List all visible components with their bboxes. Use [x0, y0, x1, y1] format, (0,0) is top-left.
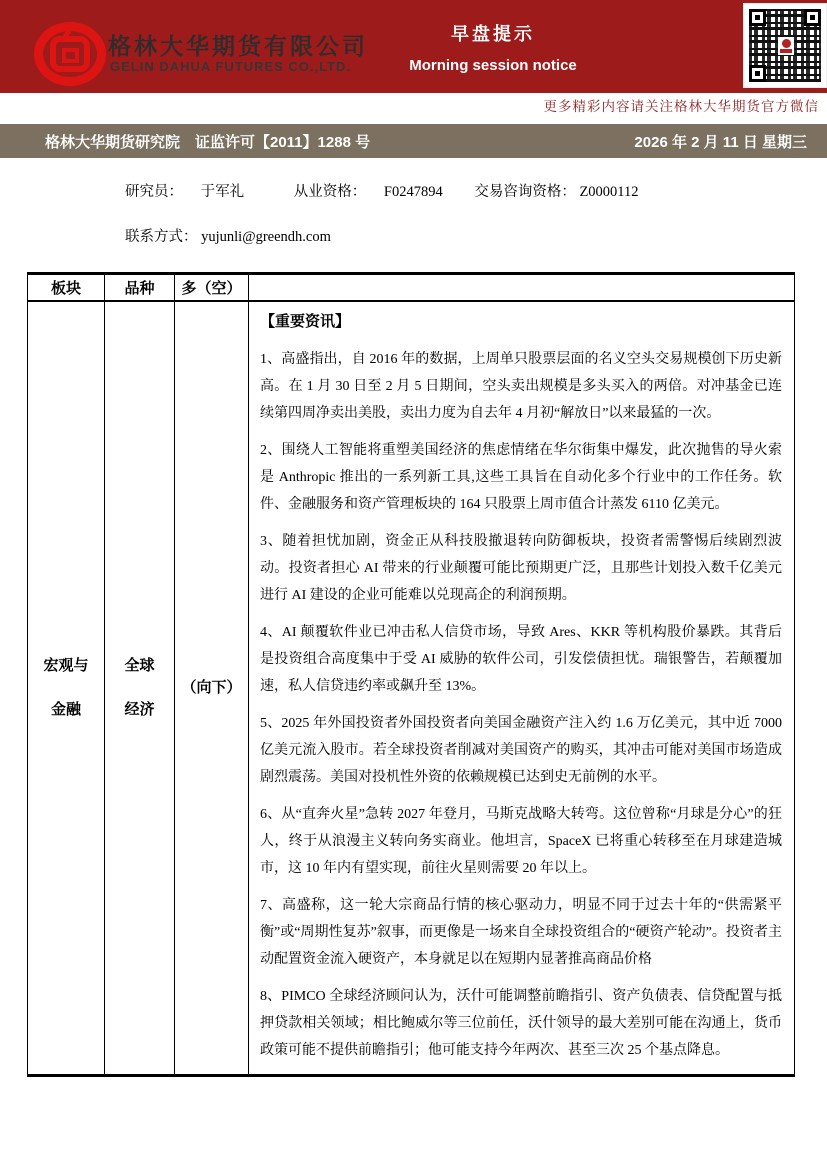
researcher-role-label: 研究员：	[125, 184, 183, 200]
qr-center-logo-icon	[778, 37, 794, 55]
news-paragraph-2: 2、围绕人工智能将重塑美国经济的焦虑情绪在华尔街集中爆发，此次抛售的导火索是 A…	[260, 437, 782, 518]
variety-text-line1: 全球	[124, 644, 154, 688]
qualification-label: 从业资格：	[294, 184, 367, 200]
direction-text: （向下）	[181, 666, 241, 710]
news-paragraph-8: 8、PIMCO 全球经济顾问认为，沃什可能调整前瞻指引、资产负债表、信贷配置与抵…	[260, 983, 782, 1064]
company-logo-icon	[32, 20, 108, 88]
notice-title-en: Morning session notice	[378, 57, 608, 74]
morning-notice-page: { "header": { "company_cn": "格林大华期货有限公司"…	[0, 0, 827, 1169]
sector-text-line2: 金融	[51, 688, 81, 732]
qualification-number: F0247894	[384, 184, 443, 200]
news-paragraph-4: 4、AI 颠覆软件业已冲击私人信贷市场，导致 Ares、KKR 等机构股价暴跌。…	[260, 619, 782, 700]
header-variety: 品种	[105, 275, 175, 300]
notice-table: 板块 品种 多（空） 宏观与 金融 全球 经济 （向下） 【重要资讯】 1、高盛…	[27, 272, 795, 1077]
contact-email: yujunli@greendh.com	[201, 229, 331, 245]
contact-label: 联系方式：	[125, 229, 198, 245]
wechat-qr-code	[743, 3, 827, 88]
news-paragraph-6: 6、从“直奔火星”急转 2027 年登月，马斯克战略大转弯。这位曾称“月球是分心…	[260, 801, 782, 882]
company-name-en: GELIN DAHUA FUTURES CO.,LTD.	[110, 59, 351, 74]
content-cell: 【重要资讯】 1、高盛指出，自 2016 年的数据，上周单只股票层面的名义空头交…	[249, 302, 794, 1074]
advisory-number: Z0000112	[579, 184, 638, 200]
news-paragraph-5: 5、2025 年外国投资者外国投资者向美国金融资产注入约 1.6 万亿美元，其中…	[260, 710, 782, 791]
variety-text-line2: 经济	[124, 688, 154, 732]
section-title: 【重要资讯】	[260, 309, 782, 336]
qr-finder-icon	[749, 9, 766, 26]
contact-info-line: 联系方式： yujunli@greendh.com	[125, 225, 331, 246]
direction-cell: （向下）	[175, 302, 249, 1074]
sector-cell: 宏观与 金融	[28, 302, 105, 1074]
news-paragraph-7: 7、高盛称，这一轮大宗商品行情的核心驱动力，明显不同于过去十年的“供需紧平衡”或…	[260, 892, 782, 973]
advisory-label: 交易咨询资格：	[474, 184, 576, 200]
header-banner: 格林大华期货有限公司 GELIN DAHUA FUTURES CO.,LTD. …	[0, 0, 827, 93]
news-paragraph-3: 3、随着担忧加剧，资金正从科技股撤退转向防御板块，投资者需警惕后续剧烈波动。投资…	[260, 528, 782, 609]
wechat-follow-note: 更多精彩内容请关注格林大华期货官方微信	[544, 95, 820, 115]
qr-finder-icon	[804, 9, 821, 26]
table-row: 宏观与 金融 全球 经济 （向下） 【重要资讯】 1、高盛指出，自 2016 年…	[28, 302, 794, 1074]
header-direction: 多（空）	[175, 275, 249, 300]
company-name-cn: 格林大华期货有限公司	[108, 28, 368, 61]
variety-cell: 全球 经济	[105, 302, 175, 1074]
qr-finder-icon	[749, 65, 766, 82]
header-sector: 板块	[28, 275, 105, 300]
researcher-info-line: 研究员： 于军礼 从业资格： F0247894 交易咨询资格： Z0000112	[125, 180, 639, 201]
institute-date-bar: 格林大华期货研究院 证监许可【2011】1288 号 2026 年 2 月 11…	[0, 124, 827, 158]
header-content	[249, 275, 794, 300]
researcher-name: 于军礼	[201, 184, 245, 200]
table-header-row: 板块 品种 多（空）	[28, 275, 794, 302]
institute-license-text: 格林大华期货研究院 证监许可【2011】1288 号	[45, 131, 370, 152]
report-date: 2026 年 2 月 11 日 星期三	[634, 131, 807, 152]
notice-title-cn: 早盘提示	[378, 20, 608, 46]
news-paragraph-1: 1、高盛指出，自 2016 年的数据，上周单只股票层面的名义空头交易规模创下历史…	[260, 346, 782, 427]
sector-text-line1: 宏观与	[43, 644, 88, 688]
